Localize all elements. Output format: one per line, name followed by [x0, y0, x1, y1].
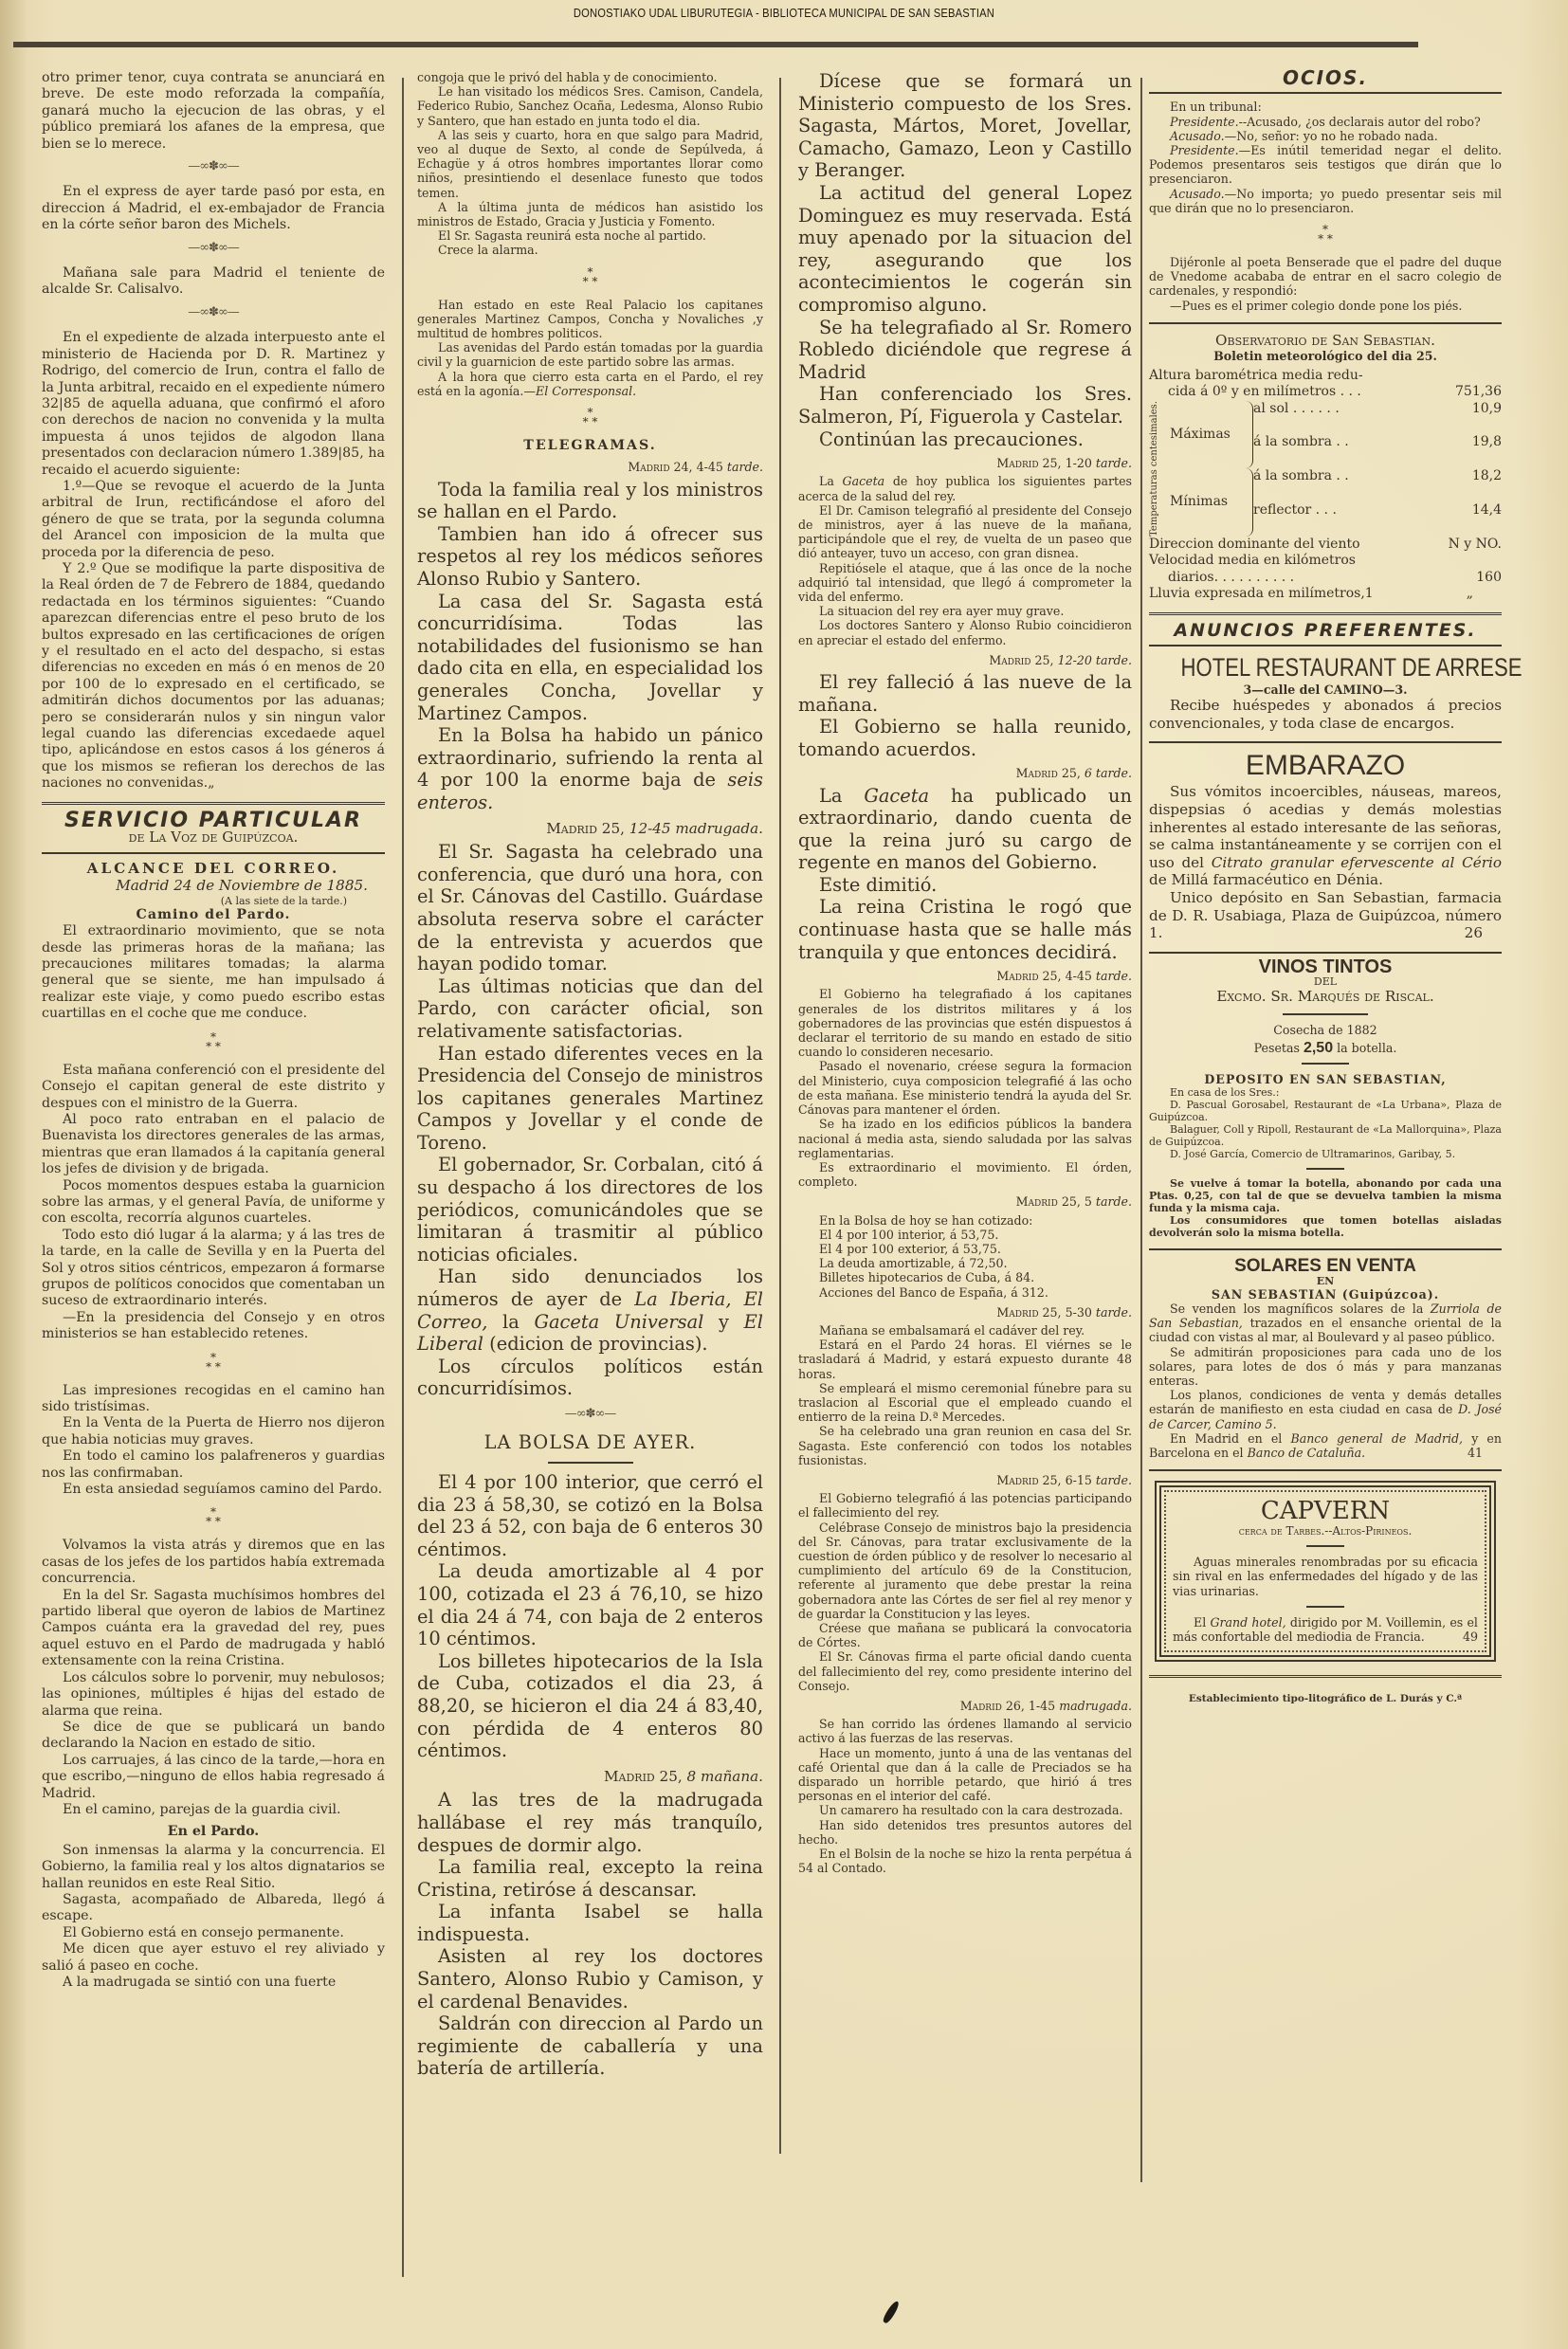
- paragraph: Tambien han ido á ofrecer sus respetos a…: [417, 523, 763, 591]
- paragraph: Créese que mañana se publicará la convoc…: [798, 1621, 1132, 1649]
- dateline: Madrid 25, 5-30 tarde.: [798, 1305, 1132, 1320]
- paragraph: Han conferenciado los Sres. Salmeron, Pí…: [798, 383, 1132, 428]
- dateline: Madrid 24, 4-45 tarde.: [417, 460, 763, 474]
- rule: [1149, 645, 1502, 646]
- paragraph: Pasado el novenario, créese segura la fo…: [798, 1059, 1132, 1117]
- paragraph: Al poco rato entraban en el palacio de B…: [42, 1112, 385, 1178]
- paragraph: La familia real, excepto la reina Cristi…: [417, 1856, 763, 1901]
- paragraph: Las avenidas del Pardo están tomadas por…: [417, 340, 763, 369]
- paragraph: A la madrugada se sintió con una fuerte: [42, 1975, 385, 1991]
- paragraph: El Dr. Camison telegrafió al presidente …: [798, 503, 1132, 561]
- paragraph: El rey falleció á las nueve de la mañana…: [798, 671, 1132, 716]
- paragraph: En esta ansiedad seguíamos camino del Pa…: [42, 1482, 385, 1498]
- temp-row-value: 14,4: [1426, 502, 1502, 537]
- paragraph: En la Venta de la Puerta de Hierro nos d…: [42, 1415, 385, 1448]
- asterism: ** *: [42, 1507, 385, 1526]
- dialogue-line: Acusado.—No, señor: yo no he robado nada…: [1149, 129, 1502, 143]
- anuncios-heading: ANUNCIOS PREFERENTES.: [1149, 623, 1502, 639]
- paragraph: El Gobierno telegrafió á las potencias p…: [798, 1491, 1132, 1520]
- alcance-heading: ALCANCE DEL CORREO.: [42, 860, 385, 878]
- rule: [1149, 1248, 1502, 1250]
- rain-value: „: [1467, 586, 1502, 603]
- paragraph: Este dimitió.: [798, 874, 1132, 897]
- short-rule: [1302, 1063, 1349, 1065]
- column-1: otro primer tenor, cuya contrata se anun…: [42, 70, 385, 1991]
- paragraph: Es extraordinario el movimiento. El órde…: [798, 1160, 1132, 1189]
- rule: [42, 852, 385, 854]
- paragraph: El gobernador, Sr. Corbalan, citó á su d…: [417, 1154, 763, 1266]
- bolsa-heading: LA BOLSA DE AYER.: [417, 1431, 763, 1454]
- paragraph: —En la presidencia del Consejo y en otro…: [42, 1310, 385, 1343]
- paragraph: El extraordinario movimiento, que se not…: [42, 923, 385, 1022]
- temp-row-label: á la sombra . .: [1253, 468, 1426, 502]
- weather-bulletin: Altura barométrica media redu- cida á 0º…: [1149, 368, 1502, 603]
- paragraph: El Grand hotel, dirigido por M. Voillemi…: [1173, 1615, 1478, 1644]
- paragraph: Se empleará el mismo ceremonial fúnebre …: [798, 1381, 1132, 1425]
- paragraph: En la Bolsa ha habido un pánico extraord…: [417, 724, 763, 813]
- paragraph: Dijéronle al poeta Benserade que el padr…: [1149, 255, 1502, 299]
- solares-place: SAN SEBASTIAN (Guipúzcoa).: [1149, 1287, 1502, 1302]
- paragraph: A las seis y cuarto, hora en que salgo p…: [417, 128, 763, 200]
- asterism: ** *: [417, 408, 763, 427]
- paragraph: El Gobierno ha telegrafiado á los capita…: [798, 987, 1132, 1059]
- paragraph: Los círculos políticos están concurridís…: [417, 1356, 763, 1400]
- masthead-rule: [13, 42, 1418, 47]
- paragraph: Se han corrido las órdenes llamando al s…: [798, 1717, 1132, 1745]
- temp-side-label: Temperaturas centesimales.: [1149, 401, 1170, 537]
- subhead-camino: Camino del Pardo.: [42, 907, 385, 923]
- paragraph: Pocos momentos despues estaba la guarnic…: [42, 1178, 385, 1228]
- deposito-line: En casa de los Sres.:: [1149, 1086, 1502, 1099]
- paragraph: Estará en el Pardo 24 horas. El viérnes …: [798, 1338, 1132, 1381]
- paragraph: congoja que le privó del habla y de cono…: [417, 70, 763, 84]
- paragraph: La Gaceta ha publicado un extraordinario…: [798, 785, 1132, 874]
- paragraph: Se ha izado en los edificios públicos la…: [798, 1117, 1132, 1160]
- short-rule: [1283, 1013, 1368, 1015]
- subhead-pardo: En el Pardo.: [42, 1824, 385, 1840]
- paragraph: Han estado en este Real Palacio los capi…: [417, 298, 763, 341]
- paragraph: El Gobierno se halla reunido, tomando ac…: [798, 716, 1132, 760]
- paragraph: Mañana sale para Madrid el teniente de a…: [42, 265, 385, 299]
- hotel-address: 3—calle del CAMINO—3.: [1149, 683, 1502, 697]
- rule: [1149, 322, 1502, 324]
- temp-row-label: reflector . . .: [1253, 502, 1426, 537]
- baro-value: 751,36: [1455, 384, 1502, 401]
- capvern-title: CAPVERN: [1173, 1497, 1478, 1525]
- embarazo-title: EMBARAZO: [1149, 749, 1502, 783]
- capvern-subtitle: cerca de Tarbes.--Altos-Pirineos.: [1173, 1525, 1478, 1538]
- paragraph: La situacion del rey era ayer muy grave.: [798, 604, 1132, 618]
- capvern-ad-frame: CAPVERN cerca de Tarbes.--Altos-Pirineos…: [1155, 1481, 1496, 1662]
- max-label: Máximas: [1170, 401, 1253, 468]
- paragraph: Todo esto dió lugar á la alarma; y á las…: [42, 1228, 385, 1310]
- baro-label: cida á 0º y en milímetros . . .: [1168, 384, 1361, 401]
- paragraph: El Sr. Sagasta ha celebrado una conferen…: [417, 841, 763, 975]
- temp-row-value: 19,8: [1426, 434, 1502, 468]
- paragraph: —Pues es el primer colegio donde pone lo…: [1149, 299, 1502, 313]
- dateline: Madrid 25, 4-45 tarde.: [798, 969, 1132, 983]
- rule: [1149, 1469, 1502, 1471]
- paragraph: La actitud del general Lopez Dominguez e…: [798, 182, 1132, 317]
- alcance-time: (A las siete de la tarde.): [42, 895, 385, 907]
- asterism: ** *: [42, 1353, 385, 1372]
- deposito-heading: DEPOSITO EN SAN SEBASTIAN,: [1149, 1072, 1502, 1086]
- dinkus-ornament: —∞✽∞—: [42, 158, 385, 174]
- paragraph: Los doctores Santero y Alonso Rubio coin…: [798, 618, 1132, 646]
- paragraph: Un camarero ha resultado con la cara des…: [798, 1803, 1132, 1817]
- paragraph: Son inmensas la alarma y la concurrencia…: [42, 1843, 385, 1892]
- asterism: ** *: [42, 1032, 385, 1051]
- ocios-heading: OCIOS.: [1149, 70, 1502, 86]
- solares-title: SOLARES EN VENTA: [1149, 1258, 1502, 1274]
- alcance-date: Madrid 24 de Noviembre de 1885.: [42, 877, 385, 895]
- paragraph: Repitiósele el ataque, que á las once de…: [798, 561, 1132, 605]
- paragraph: En la del Sr. Sagasta muchísimos hombres…: [42, 1588, 385, 1670]
- paragraph: Me dicen que ayer estuvo el rey aliviado…: [42, 1941, 385, 1975]
- paragraph: Se venden los magníficos solares de la Z…: [1149, 1302, 1502, 1345]
- rain-label: Lluvia expresada en milímetros,1: [1149, 586, 1374, 603]
- paragraph: La deuda amortizable al 4 por 100, cotiz…: [417, 1560, 763, 1649]
- dialogue-line: Presidente.--Acusado, ¿os declarais auto…: [1149, 115, 1502, 129]
- column-2: congoja que le privó del habla y de cono…: [417, 70, 763, 2080]
- vinos-cosecha: Cosecha de 1882: [1149, 1023, 1502, 1037]
- vinos-title: VINOS TINTOS: [1149, 959, 1502, 975]
- vinos-del: DEL: [1149, 975, 1502, 988]
- temp-row-label: al sol . . . . . .: [1253, 401, 1426, 435]
- paragraph: El Sr. Sagasta reunirá esta noche al par…: [417, 228, 763, 243]
- paragraph: Toda la familia real y los ministros se …: [417, 479, 763, 523]
- quote-line: El 4 por 100 interior, á 53,75.: [798, 1228, 1132, 1242]
- temperature-table: Temperaturas centesimales. Máximas al so…: [1149, 401, 1502, 537]
- short-rule: [1306, 1545, 1344, 1547]
- paragraph: En el Bolsin de la noche se hizo la rent…: [798, 1847, 1132, 1875]
- paragraph: Continúan las precauciones.: [798, 428, 1132, 451]
- temp-row-value: 10,9: [1426, 401, 1502, 435]
- dateline: Madrid 25, 6-15 tarde.: [798, 1473, 1132, 1487]
- paragraph: Dícese que se formará un Ministerio comp…: [798, 70, 1132, 182]
- solares-en: EN: [1149, 1275, 1502, 1287]
- short-rule: [548, 1462, 633, 1464]
- paragraph: El Gobierno está en consejo permanente.: [42, 1925, 385, 1941]
- temp-row-value: 18,2: [1426, 468, 1502, 502]
- paragraph: Han sido denunciados los números de ayer…: [417, 1266, 763, 1355]
- paragraph: Han sido detenidos tres presuntos autore…: [798, 1818, 1132, 1847]
- paragraph: En la Bolsa de hoy se han cotizado:: [798, 1213, 1132, 1228]
- dateline: Madrid 25, 12-45 madrugada.: [417, 820, 763, 838]
- paragraph: Unico depósito en San Sebastian, farmaci…: [1149, 889, 1502, 942]
- paragraph: Mañana se embalsamará el cadáver del rey…: [798, 1323, 1132, 1338]
- dialogue-line: Acusado.—No importa; yo puedo presentar …: [1149, 187, 1502, 215]
- asterism: ** *: [417, 267, 763, 286]
- paragraph: Los planos, condiciones de venta y demás…: [1149, 1388, 1502, 1431]
- column-3: Dícese que se formará un Ministerio comp…: [798, 70, 1132, 1875]
- paragraph: Se ha telegrafiado al Sr. Romero Robledo…: [798, 317, 1132, 384]
- paragraph: Los billetes hipotecarios de la Isla de …: [417, 1650, 763, 1762]
- section-rule: [42, 802, 385, 805]
- paragraph: Sus vómitos incoercibles, náuseas, mareo…: [1149, 783, 1502, 889]
- temp-row-label: á la sombra . .: [1253, 434, 1426, 468]
- paragraph: A la hora que cierro esta carta en el Pa…: [417, 370, 763, 398]
- paragraph: Saldrán con direccion al Pardo un regimi…: [417, 2012, 763, 2080]
- short-rule: [1306, 1606, 1344, 1608]
- paragraph: Y 2.º Que se modifique la parte disposit…: [42, 561, 385, 792]
- paragraph: otro primer tenor, cuya contrata se anun…: [42, 70, 385, 153]
- quote-line: Acciones del Banco de España, á 312.: [798, 1285, 1132, 1300]
- paragraph: En el camino, parejas de la guardia civi…: [42, 1802, 385, 1818]
- dinkus-ornament: —∞✽∞—: [417, 1406, 763, 1422]
- paragraph: Le han visitado los médicos Sres. Camiso…: [417, 84, 763, 128]
- dateline: Madrid 25, 12-20 tarde.: [798, 653, 1132, 667]
- paragraph: 1.º—Que se revoque el acuerdo de la Junt…: [42, 479, 385, 561]
- hotel-title: HOTEL RESTAURANT DE ARRESE: [1180, 652, 1469, 683]
- deposito-line: D. José García, Comercio de Ultramarinos…: [1149, 1148, 1502, 1160]
- paragraph: La casa del Sr. Sagasta está concurridís…: [417, 591, 763, 725]
- dinkus-ornament: —∞✽∞—: [42, 240, 385, 256]
- paragraph: En Madrid en el Banco general de Madrid,…: [1149, 1431, 1502, 1460]
- column-divider: [1140, 78, 1142, 2182]
- speed-label: diarios. . . . . . . . . .: [1168, 570, 1294, 587]
- paragraph: La Gaceta de hoy publica los siguientes …: [798, 474, 1132, 502]
- paragraph: La infanta Isabel se halla indispuesta.: [417, 1901, 763, 1945]
- observatorio-heading: Observatorio de San Sebastian.: [1149, 332, 1502, 350]
- paragraph: Esta mañana conferenció con el president…: [42, 1063, 385, 1112]
- asterism: ** *: [1149, 225, 1502, 244]
- wind-value: N y NO.: [1449, 537, 1502, 554]
- baro-label: Altura barométrica media redu-: [1149, 368, 1502, 385]
- column-4: OCIOS. En un tribunal: Presidente.--Acus…: [1149, 70, 1502, 1708]
- paragraph: Crece la alarma.: [417, 243, 763, 257]
- dinkus-ornament: —∞✽∞—: [42, 304, 385, 320]
- paragraph: Recibe huéspedes y abonados á precios co…: [1149, 697, 1502, 732]
- rule: [1149, 952, 1502, 954]
- paragraph: Celébrase Consejo de ministros bajo la p…: [798, 1520, 1132, 1621]
- paragraph: En el express de ayer tarde pasó por est…: [42, 184, 385, 233]
- dialogue-line: Presidente.—Es inútil temeridad negar el…: [1149, 143, 1502, 187]
- speed-value: 160: [1476, 570, 1502, 587]
- paragraph: Los carruajes, á las cinco de la tarde,—…: [42, 1753, 385, 1802]
- short-rule: [1306, 1168, 1344, 1170]
- ad-number: 49: [1442, 1630, 1478, 1644]
- footer-rule: [1149, 1675, 1502, 1678]
- quote-line: La deuda amortizable, á 72,50.: [798, 1256, 1132, 1270]
- min-label: Mínimas: [1170, 468, 1253, 537]
- paragraph: Los consumidores que tomen botellas aisl…: [1149, 1214, 1502, 1239]
- paragraph: En un tribunal:: [1149, 100, 1502, 114]
- deposito-line: Balaguer, Coll y Ripoll, Restaurant de «…: [1149, 1123, 1502, 1148]
- dateline: Madrid 25, 6 tarde.: [798, 766, 1132, 780]
- paragraph: Volvamos la vista atrás y diremos que en…: [42, 1538, 385, 1587]
- paragraph: En todo el camino los palafreneros y gua…: [42, 1448, 385, 1482]
- vinos-marques: Excmo. Sr. Marqués de Riscal.: [1149, 988, 1502, 1006]
- speed-label: Velocidad media en kilómetros: [1149, 553, 1502, 570]
- quote-line: El 4 por 100 exterior, á 53,75.: [798, 1242, 1132, 1256]
- paragraph: Se ha celebrado una gran reunion en casa…: [798, 1424, 1132, 1467]
- paragraph: Aguas minerales renombradas por su efica…: [1173, 1555, 1478, 1598]
- paragraph: Las impresiones recogidas en el camino h…: [42, 1383, 385, 1416]
- paragraph: A las tres de la madrugada hallábase el …: [417, 1789, 763, 1856]
- rule: [1149, 741, 1502, 743]
- boletin-subheading: Boletin meteorológico del dia 25.: [1149, 349, 1502, 363]
- paragraph: Sagasta, acompañado de Albareda, llegó á…: [42, 1892, 385, 1925]
- section-rule: [1149, 612, 1502, 615]
- paragraph: Se dice de que se publicará un bando dec…: [42, 1720, 385, 1753]
- ad-number: 41: [1447, 1446, 1502, 1460]
- paragraph: Se admitirán proposiciones para cada uno…: [1149, 1345, 1502, 1389]
- telegramas-heading: TELEGRAMAS.: [417, 438, 763, 454]
- paragraph: La reina Cristina le rogó que continuase…: [798, 896, 1132, 963]
- signature: El Corresponsal.: [536, 384, 636, 398]
- column-divider: [779, 78, 781, 2154]
- wind-label: Direccion dominante del viento: [1149, 537, 1360, 554]
- rule: [1149, 92, 1502, 94]
- deposito-line: D. Pascual Gorosabel, Restaurant de «La …: [1149, 1099, 1502, 1123]
- dateline: Madrid 25, 1-20 tarde.: [798, 456, 1132, 470]
- paragraph: Han estado diferentes veces en la Presid…: [417, 1043, 763, 1155]
- paragraph: Los cálculos sobre lo porvenir, muy nebu…: [42, 1670, 385, 1720]
- paragraph: En el expediente de alzada interpuesto a…: [42, 330, 385, 479]
- paragraph: Las últimas noticias que dan del Pardo, …: [417, 975, 763, 1043]
- dateline: Madrid 25, 5 tarde.: [798, 1194, 1132, 1209]
- ad-number: 26: [1444, 924, 1502, 942]
- paragraph: A la última junta de médicos han asistid…: [417, 200, 763, 228]
- dateline: Madrid 25, 8 mañana.: [417, 1768, 763, 1786]
- archive-header: DONOSTIAKO UDAL LIBURUTEGIA - BIBLIOTECA…: [110, 6, 1458, 20]
- paragraph: Hace un momento, junto á una de las vent…: [798, 1746, 1132, 1804]
- paragraph: Asisten al rey los doctores Santero, Alo…: [417, 1945, 763, 2012]
- column-divider: [402, 78, 404, 2277]
- vinos-price: Pesetas 2,50 la botella.: [1149, 1041, 1502, 1055]
- section-title-servicio: SERVICIO PARTICULAR: [42, 812, 385, 829]
- paragraph: Se vuelve á tomar la botella, abonando p…: [1149, 1177, 1502, 1214]
- dateline: Madrid 26, 1-45 madrugada.: [798, 1699, 1132, 1713]
- paragraph: El 4 por 100 interior, que cerró el dia …: [417, 1471, 763, 1560]
- quote-line: Billetes hipotecarios de Cuba, á 84.: [798, 1270, 1132, 1284]
- printer-imprint: Establecimiento tipo-litográfico de L. D…: [1149, 1691, 1502, 1707]
- paragraph: El Sr. Cánovas firma el parte oficial da…: [798, 1649, 1132, 1693]
